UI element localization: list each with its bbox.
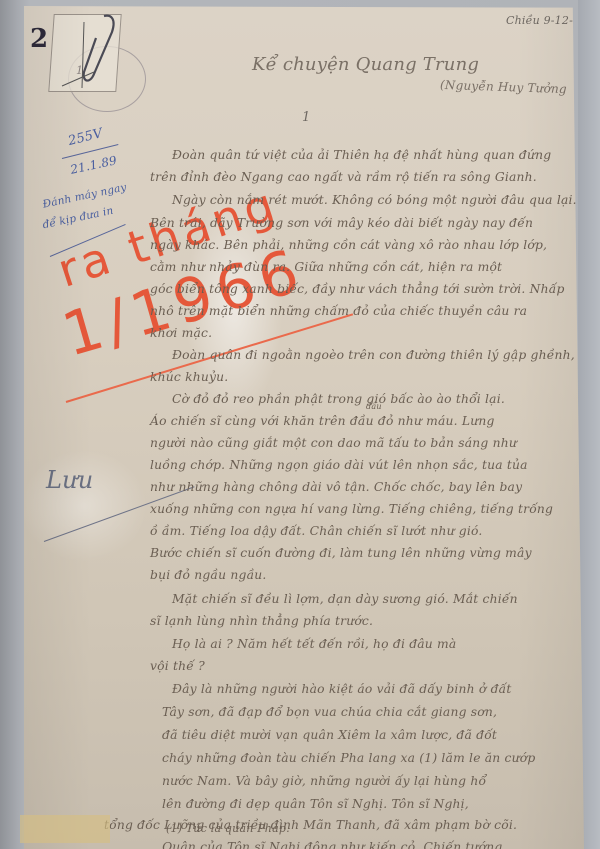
- circle-mark: 1: [76, 64, 83, 77]
- body-line: Mặt chiến sĩ đều lì lợm, dạn dày sương g…: [172, 592, 518, 606]
- body-line: trên đỉnh đèo Ngang cao ngất và rầm rộ t…: [150, 170, 537, 184]
- corner-number: 2: [30, 24, 48, 54]
- pencil-note-luu: Lưu: [46, 466, 93, 494]
- body-line: đã tiêu diệt mười vạn quân Xiêm la xâm l…: [162, 728, 497, 742]
- paper-clip-icon: [54, 10, 124, 90]
- body-line: Bên trái, dãy Trường sơn với mây kéo dài…: [150, 216, 533, 230]
- footnote: (1) Tức là quân Pháp.: [166, 822, 290, 835]
- page-title: Kể chuyện Quang Trung: [252, 54, 479, 75]
- body-line: Áo chiến sĩ cùng với khăn trên đầu đỏ nh…: [150, 414, 495, 428]
- body-line: nhô trên mặt biển những chấm đỏ của chiế…: [150, 304, 527, 318]
- typing-note-line1: Đánh máy ngay: [42, 181, 128, 210]
- inline-insertion: đầu: [366, 402, 382, 411]
- body-line: góc biển tông xanh biếc, đầy như vách th…: [150, 282, 565, 296]
- body-line: bụi đỏ ngầu ngầu.: [150, 568, 267, 582]
- body-line: Ngày còn nắm rét mướt. Không có bóng một…: [172, 193, 577, 207]
- chapter-number: 1: [302, 110, 310, 125]
- body-line: Quân của Tôn sĩ Nghị đông như kiến cỏ. C…: [162, 840, 502, 849]
- body-line: Cờ đỏ đỏ reo phần phật trong gió bấc ào …: [172, 392, 505, 406]
- manuscript-page: 2 1 Chiều 9-12-59 Kể chuyện Quang Trung …: [24, 6, 584, 849]
- author-note: (Nguyễn Huy Tưởng: [440, 78, 567, 96]
- body-line: xuống những con ngựa hí vang lừng. Tiếng…: [150, 502, 553, 516]
- body-line: Bước chiến sĩ cuốn đường đi, làm tung lê…: [150, 546, 532, 560]
- body-line: lên đường đi dẹp quân Tôn sĩ Nghị. Tôn s…: [162, 797, 469, 811]
- body-line: vội thế ?: [150, 659, 205, 673]
- body-line: nước Nam. Và bây giờ, những người ấy lại…: [162, 774, 486, 788]
- body-line: cháy những đoàn tàu chiến Pha lang xa (1…: [162, 751, 535, 765]
- body-line: Đoàn quân đi ngoằn ngoèo trên con đường …: [172, 348, 575, 362]
- date-note: Chiều 9-12-59: [506, 14, 587, 27]
- body-line: Họ là ai ? Năm hết tết đến rồi, họ đi đâ…: [172, 637, 456, 651]
- body-line: luồng chớp. Những ngọn giáo dài vút lên …: [150, 458, 528, 472]
- body-line: ồ ầm. Tiếng loa dậy đất. Chân chiến sĩ l…: [150, 524, 483, 538]
- body-line: Đoàn quân tứ việt của ải Thiên hạ đệ nhấ…: [172, 148, 551, 162]
- body-line: khúc khuỷu.: [150, 370, 228, 384]
- body-line: khơi mặc.: [150, 326, 212, 340]
- body-line: Đây là những người hào kiệt áo vải đã dấ…: [172, 682, 512, 696]
- body-line: người nào cũng giắt một con dao mã tấu t…: [150, 436, 517, 450]
- archive-number-top: 255V: [67, 126, 105, 149]
- body-line: ngày khác. Bên phải, những cồn cát vàng …: [150, 238, 547, 252]
- body-line: cằm như nhảy đùn ra. Giữa những cồn cát,…: [150, 260, 502, 274]
- body-line: Tây sơn, đã đạp đổ bọn vua chúa chia cắt…: [162, 705, 497, 719]
- adhesive-tape: [20, 815, 110, 843]
- archive-number-bottom: 21.1.89: [69, 153, 118, 177]
- body-line: như những hàng chông dài vô tận. Chốc ch…: [150, 480, 522, 494]
- body-line: sĩ lạnh lùng nhìn thẳng phía trước.: [150, 614, 373, 628]
